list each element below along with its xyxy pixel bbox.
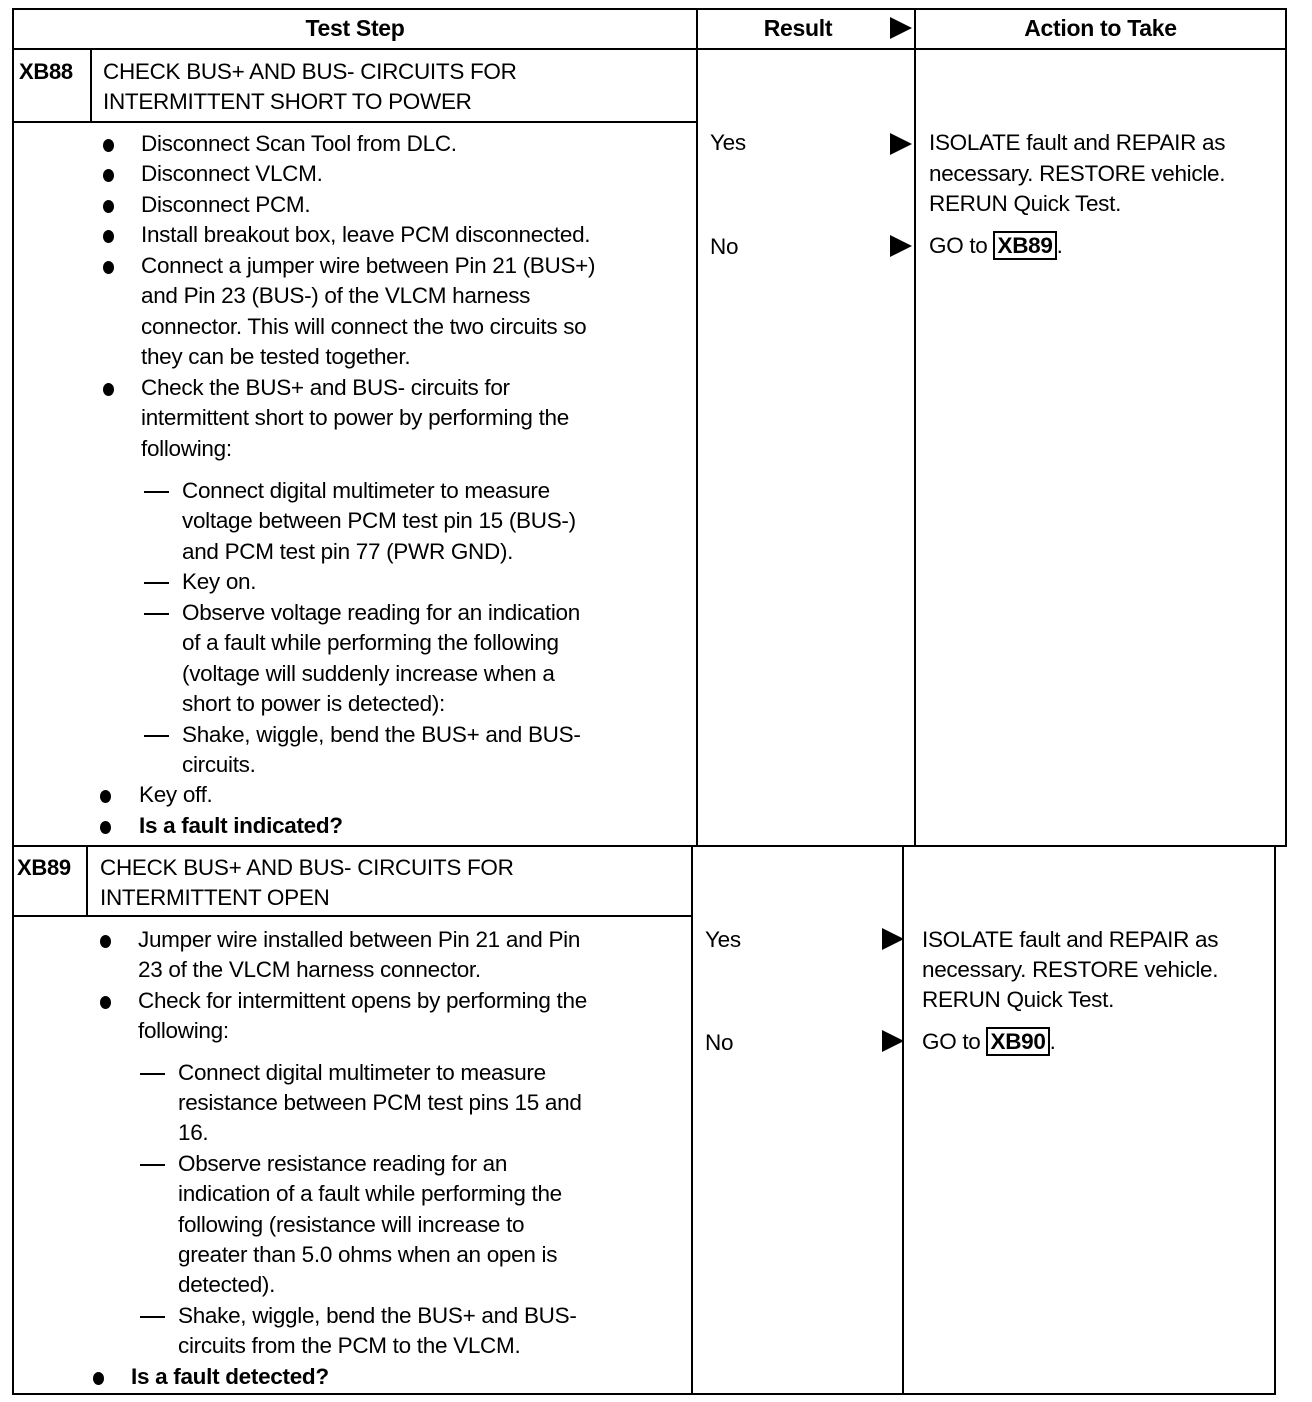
instruction-line: Observe resistance reading for an [178,1149,507,1179]
bullet-icon [103,261,114,274]
dash-icon [140,1073,165,1075]
goto-suffix: . [1050,1029,1056,1054]
instruction-line: Check for intermittent opens by performi… [138,986,587,1016]
dash-icon [140,1316,165,1318]
action-line: RERUN Quick Test. [929,191,1121,217]
action-goto: GO to XB89. [929,233,1063,259]
bullet-icon [103,383,114,396]
step-title-line: CHECK BUS+ AND BUS- CIRCUITS FOR [103,57,517,87]
goto-suffix: . [1057,233,1063,258]
instruction-line: Disconnect Scan Tool from DLC. [141,129,457,159]
instruction-line: Key on. [182,567,256,597]
instruction-line: Jumper wire installed between Pin 21 and… [138,925,580,955]
step-ref-link[interactable]: XB90 [986,1027,1049,1056]
result-yes: Yes [705,927,741,953]
dash-icon [140,1164,165,1166]
instruction-line: Disconnect VLCM. [141,159,323,189]
instruction-line: 23 of the VLCM harness connector. [138,955,481,985]
bullet-icon [100,790,111,803]
instruction-line: voltage between PCM test pin 15 (BUS-) [182,506,576,536]
instruction-line: Shake, wiggle, bend the BUS+ and BUS- [178,1301,577,1331]
instruction-line: (voltage will suddenly increase when a [182,659,555,689]
step-separator [12,845,1287,847]
bullet-icon [103,139,114,152]
step1-code-divider [90,48,92,122]
dash-icon [144,582,169,584]
action-line: necessary. RESTORE vehicle. [929,161,1225,187]
instruction-line: greater than 5.0 ohms when an open is [178,1240,557,1270]
step-title-line: INTERMITTENT OPEN [100,883,330,913]
header-bottom-border [12,48,1287,50]
instruction-line: 16. [178,1118,208,1148]
step-code: XB88 [19,59,73,85]
instruction-line: following (resistance will increase to [178,1210,524,1240]
action-goto: GO to XB90. [922,1029,1056,1055]
col-divider-result-2 [691,846,693,1395]
instruction-line: indication of a fault while performing t… [178,1179,562,1209]
header-action: Action to Take [916,15,1285,42]
arrow-right-icon [882,928,904,950]
action-line: ISOLATE fault and REPAIR as [922,927,1218,953]
instruction-line: connector. This will connect the two cir… [141,312,586,342]
instruction-line: and Pin 23 (BUS-) of the VLCM harness [141,281,530,311]
result-no: No [710,234,738,260]
table-left-border [12,8,14,1395]
instruction-line: circuits from the PCM to the VLCM. [178,1331,520,1361]
result-yes: Yes [710,130,746,156]
dash-icon [144,491,169,493]
header-result: Result [700,15,896,42]
dash-icon [144,735,169,737]
bullet-icon [100,996,111,1009]
instruction-line: Key off. [139,780,212,810]
goto-prefix: GO to [929,233,993,258]
instruction-line: Connect a jumper wire between Pin 21 (BU… [141,251,595,281]
arrow-right-icon [890,235,912,257]
action-line: ISOLATE fault and REPAIR as [929,130,1225,156]
header-test-step: Test Step [14,15,696,42]
instruction-line: following: [141,434,232,464]
instruction-line: short to power is detected): [182,689,445,719]
bullet-icon [103,200,114,213]
action-line: RERUN Quick Test. [922,987,1114,1013]
action-line: necessary. RESTORE vehicle. [922,957,1218,983]
instruction-line: Check the BUS+ and BUS- circuits for [141,373,510,403]
dash-icon [144,613,169,615]
step1-title-bottom [12,121,697,123]
col-divider-result [696,8,698,846]
instruction-line: Is a fault detected? [131,1362,329,1392]
instruction-line: resistance between PCM test pins 15 and [178,1088,582,1118]
instruction-line: Shake, wiggle, bend the BUS+ and BUS- [182,720,581,750]
table-bottom-border [12,1393,1276,1395]
instruction-line: Observe voltage reading for an indicatio… [182,598,580,628]
instruction-line: they can be tested together. [141,342,410,372]
result-no: No [705,1030,733,1056]
arrow-right-icon [890,133,912,155]
instruction-line: Connect digital multimeter to measure [182,476,550,506]
instruction-line: and PCM test pin 77 (PWR GND). [182,537,513,567]
instruction-line: Is a fault indicated? [139,811,343,841]
arrow-right-icon [882,1030,904,1052]
step-title-line: CHECK BUS+ AND BUS- CIRCUITS FOR [100,853,514,883]
step2-title-bottom [12,915,692,917]
step-ref-link[interactable]: XB89 [993,231,1056,260]
instruction-line: Connect digital multimeter to measure [178,1058,546,1088]
col-divider-action [914,8,916,846]
step-code: XB89 [17,855,71,881]
instruction-line: following: [138,1016,229,1046]
bullet-icon [93,1372,104,1385]
bullet-icon [100,935,111,948]
table-right-border-top [1285,8,1287,846]
bullet-icon [100,821,111,834]
instruction-line: Disconnect PCM. [141,190,310,220]
table-top-border [12,8,1287,10]
table-right-border-bottom [1274,846,1276,1395]
instruction-line: detected). [178,1270,275,1300]
instruction-line: Install breakout box, leave PCM disconne… [141,220,590,250]
step-title-line: INTERMITTENT SHORT TO POWER [103,87,472,117]
goto-prefix: GO to [922,1029,986,1054]
instruction-line: of a fault while performing the followin… [182,628,559,658]
bullet-icon [103,230,114,243]
header-arrow-icon [890,17,912,39]
bullet-icon [103,169,114,182]
step2-code-divider [86,846,88,916]
instruction-line: circuits. [182,750,256,780]
instruction-line: intermittent short to power by performin… [141,403,569,433]
